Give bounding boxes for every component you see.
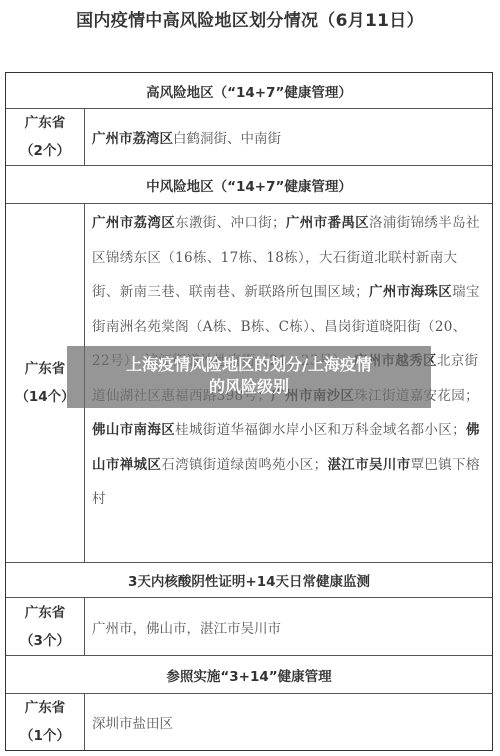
area-list: 广州市，佛山市，湛江市吴川市	[85, 598, 492, 655]
section-header-medium-risk: 中风险地区（“14+7”健康管理）	[6, 166, 492, 204]
province-cell: 广东省 （3个）	[6, 598, 85, 655]
province-name: 广东省	[25, 109, 66, 137]
section-header-3-14: 参照实施“3+14”健康管理	[6, 656, 492, 694]
district-name: 广州市番禺区	[286, 215, 369, 231]
area-text: 东漖街、冲口街；	[175, 215, 286, 231]
area-text: 桂城街道华福御水岸小区和万科金域名都小区；	[175, 422, 466, 438]
area-text: 白鹤洞街、中南街	[173, 131, 281, 147]
area-text: 广州市，佛山市，湛江市吴川市	[92, 617, 281, 637]
province-count: （3个）	[20, 627, 70, 655]
caption-overlay: 上海疫情风险地区的划分/上海疫情 的风险级别	[67, 346, 431, 408]
district-name: 广州市荔湾区	[92, 131, 173, 147]
table-row: 广东省 （3个） 广州市，佛山市，湛江市吴川市	[6, 598, 492, 656]
province-cell: 广东省 （1个）	[6, 694, 85, 750]
district-name: 广州市荔湾区	[92, 215, 175, 231]
area-text: 深圳市盐田区	[92, 712, 173, 732]
province-name: 广东省	[25, 694, 66, 722]
table-row: 广东省 （1个） 深圳市盐田区	[6, 694, 492, 750]
district-name: 湛江市吴川市	[327, 457, 410, 473]
caption-line-2: 的风险级别	[67, 376, 431, 398]
province-name: 广东省	[25, 355, 66, 383]
province-name: 广东省	[25, 599, 66, 627]
province-count: （14个）	[15, 383, 74, 411]
table-row: 广东省 （2个） 广州市荔湾区白鹤洞街、中南街	[6, 109, 492, 166]
province-count: （2个）	[20, 137, 70, 165]
section-header-nucleic-test: 3天内核酸阴性证明+14天日常健康监测	[6, 563, 492, 598]
province-cell: 广东省 （2个）	[6, 109, 85, 165]
province-count: （1个）	[20, 722, 70, 750]
risk-area-table: 高风险地区（“14+7”健康管理） 广东省 （2个） 广州市荔湾区白鹤洞街、中南…	[5, 72, 493, 751]
section-header-high-risk: 高风险地区（“14+7”健康管理）	[6, 73, 492, 109]
caption-line-1: 上海疫情风险地区的划分/上海疫情	[67, 354, 431, 376]
area-list: 广州市荔湾区白鹤洞街、中南街	[85, 109, 492, 165]
area-text: 石湾镇街道绿茵鸣苑小区；	[161, 457, 327, 473]
district-name: 佛山市南海区	[92, 422, 175, 438]
district-name: 广州市海珠区	[369, 284, 452, 300]
area-list: 深圳市盐田区	[85, 694, 492, 750]
page-title: 国内疫情中高风险地区划分情况（6月11日）	[0, 6, 500, 31]
